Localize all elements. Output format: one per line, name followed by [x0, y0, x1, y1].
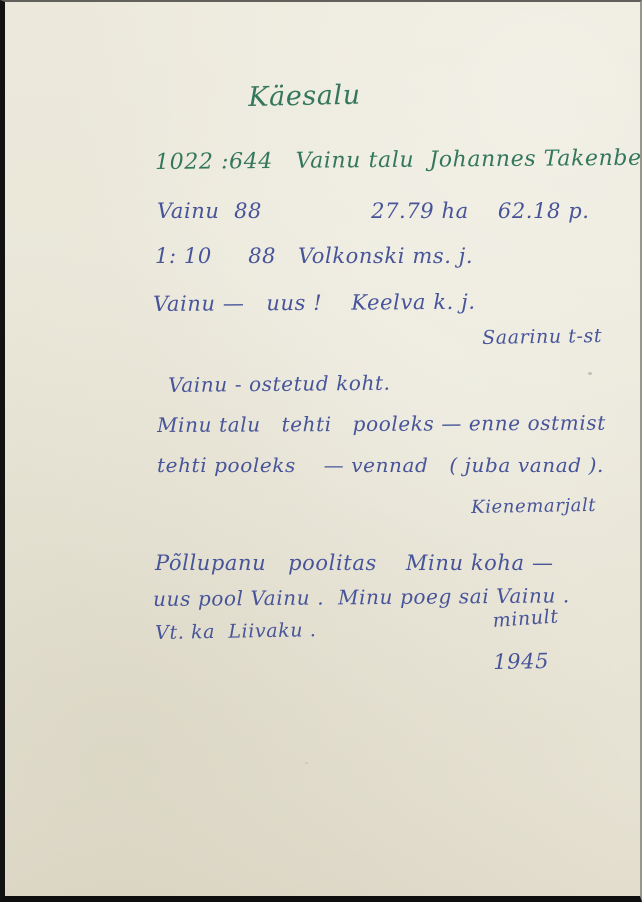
handwritten-line-scale: 1: 10 88 Volkonski ms. j.	[155, 244, 473, 268]
handwritten-line-saarinu: Saarinu t-st	[482, 325, 602, 349]
handwritten-line-property: 1022 :644 Vainu talu Johannes Takenberg	[155, 146, 642, 175]
handwritten-line-pollupanu: Põllupanu poolitas Minu koha —	[155, 551, 554, 575]
handwritten-line-year: 1945	[493, 649, 549, 674]
handwritten-line-minult: minult	[492, 605, 559, 632]
scanned-page: Käesalu 1022 :644 Vainu talu Johannes Ta…	[0, 0, 642, 902]
handwritten-line-vennad: tehti pooleks — vennad ( juba vanad ).	[157, 453, 604, 477]
handwritten-line-minu-talu: Minu talu tehti pooleks — enne ostmist	[157, 411, 606, 437]
handwritten-line-uus-pool: uus pool Vainu . Minu poeg sai Vainu .	[153, 583, 570, 611]
paper-background: Käesalu 1022 :644 Vainu talu Johannes Ta…	[5, 2, 640, 896]
handwritten-line-liivaku: Vt. ka Liivaku .	[155, 619, 317, 644]
handwritten-line-ostetud: Vainu - ostetud koht.	[168, 371, 391, 397]
handwritten-line-kienemarjalt: Kienemarjalt	[471, 495, 596, 518]
handwritten-line-vainu-uus: Vainu — uus ! Keelva k. j.	[153, 290, 476, 316]
paper-speck	[305, 762, 308, 764]
handwritten-line-area: Vainu 88 27.79 ha 62.18 p.	[157, 199, 590, 223]
paper-speck	[588, 372, 592, 375]
page-title: Käesalu	[248, 80, 361, 113]
